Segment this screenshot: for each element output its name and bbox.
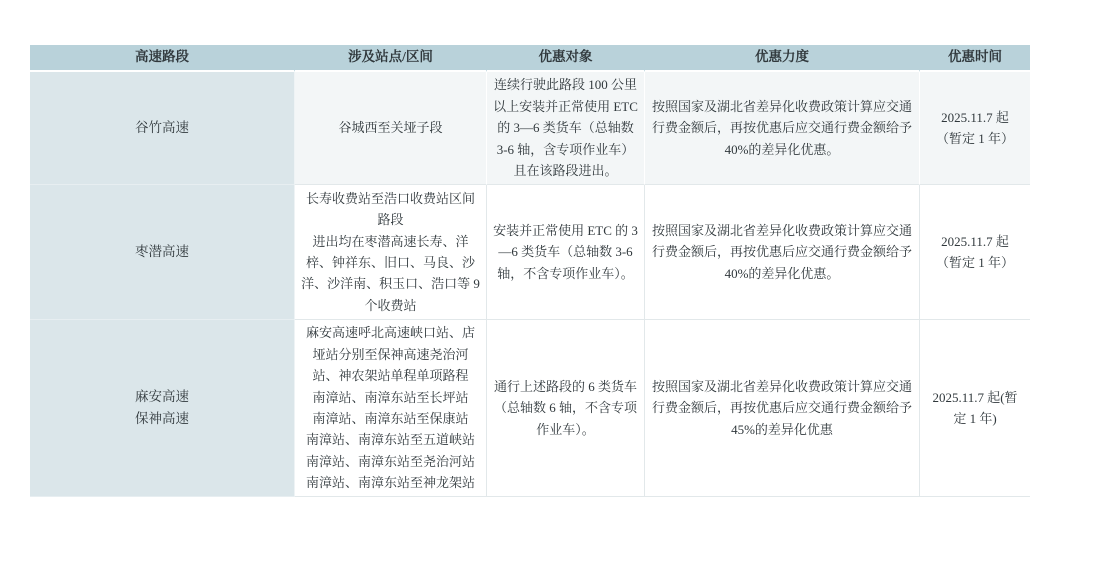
row2-discount-cell: 按照国家及湖北省差异化收费政策计算应交通行费金额后，再按优惠后应交通行费金额给予… bbox=[645, 185, 920, 320]
row1-target-cell: 连续行驶此路段 100 公里以上安装并正常使用 ETC 的 3—6 类货车（总轴… bbox=[487, 72, 645, 185]
header-cell-highway-section: 高速路段 bbox=[30, 45, 295, 72]
row1-section-cell: 谷竹高速 bbox=[30, 72, 295, 185]
row1-discount-cell: 按照国家及湖北省差异化收费政策计算应交通行费金额后，再按优惠后应交通行费金额给予… bbox=[645, 72, 920, 185]
header-cell-stations: 涉及站点/区间 bbox=[295, 45, 487, 72]
row3-time-cell: 2025.11.7 起(暂定 1 年) bbox=[920, 320, 1030, 497]
row3-section-cell: 麻安高速保神高速 bbox=[30, 320, 295, 497]
row2-time-cell: 2025.11.7 起（暂定 1 年） bbox=[920, 185, 1030, 320]
header-cell-discount-strength: 优惠力度 bbox=[645, 45, 920, 72]
row2-target-cell: 安装并正常使用 ETC 的 3—6 类货车（总轴数 3-6 轴，不含专项作业车）… bbox=[487, 185, 645, 320]
header-cell-discount-target: 优惠对象 bbox=[487, 45, 645, 72]
row2-stations-cell: 长寿收费站至浩口收费站区间路段进出均在枣潜高速长寿、洋梓、钟祥东、旧口、马良、沙… bbox=[295, 185, 487, 320]
row1-time-cell: 2025.11.7 起（暂定 1 年） bbox=[920, 72, 1030, 185]
toll-discount-table: 高速路段 涉及站点/区间 优惠对象 优惠力度 优惠时间 谷竹高速 谷城西至关垭子… bbox=[30, 45, 1030, 497]
row2-section-cell: 枣潜高速 bbox=[30, 185, 295, 320]
row3-stations-cell: 麻安高速呼北高速峡口站、店垭站分别至保神高速尧治河站、神农架站单程单项路程南漳站… bbox=[295, 320, 487, 497]
row3-discount-cell: 按照国家及湖北省差异化收费政策计算应交通行费金额后，再按优惠后应交通行费金额给予… bbox=[645, 320, 920, 497]
row1-stations-cell: 谷城西至关垭子段 bbox=[295, 72, 487, 185]
row3-target-cell: 通行上述路段的 6 类货车（总轴数 6 轴，不含专项作业车）。 bbox=[487, 320, 645, 497]
header-cell-discount-time: 优惠时间 bbox=[920, 45, 1030, 72]
page: { "table": { "colors": { "header_bg": "#… bbox=[0, 0, 1106, 577]
